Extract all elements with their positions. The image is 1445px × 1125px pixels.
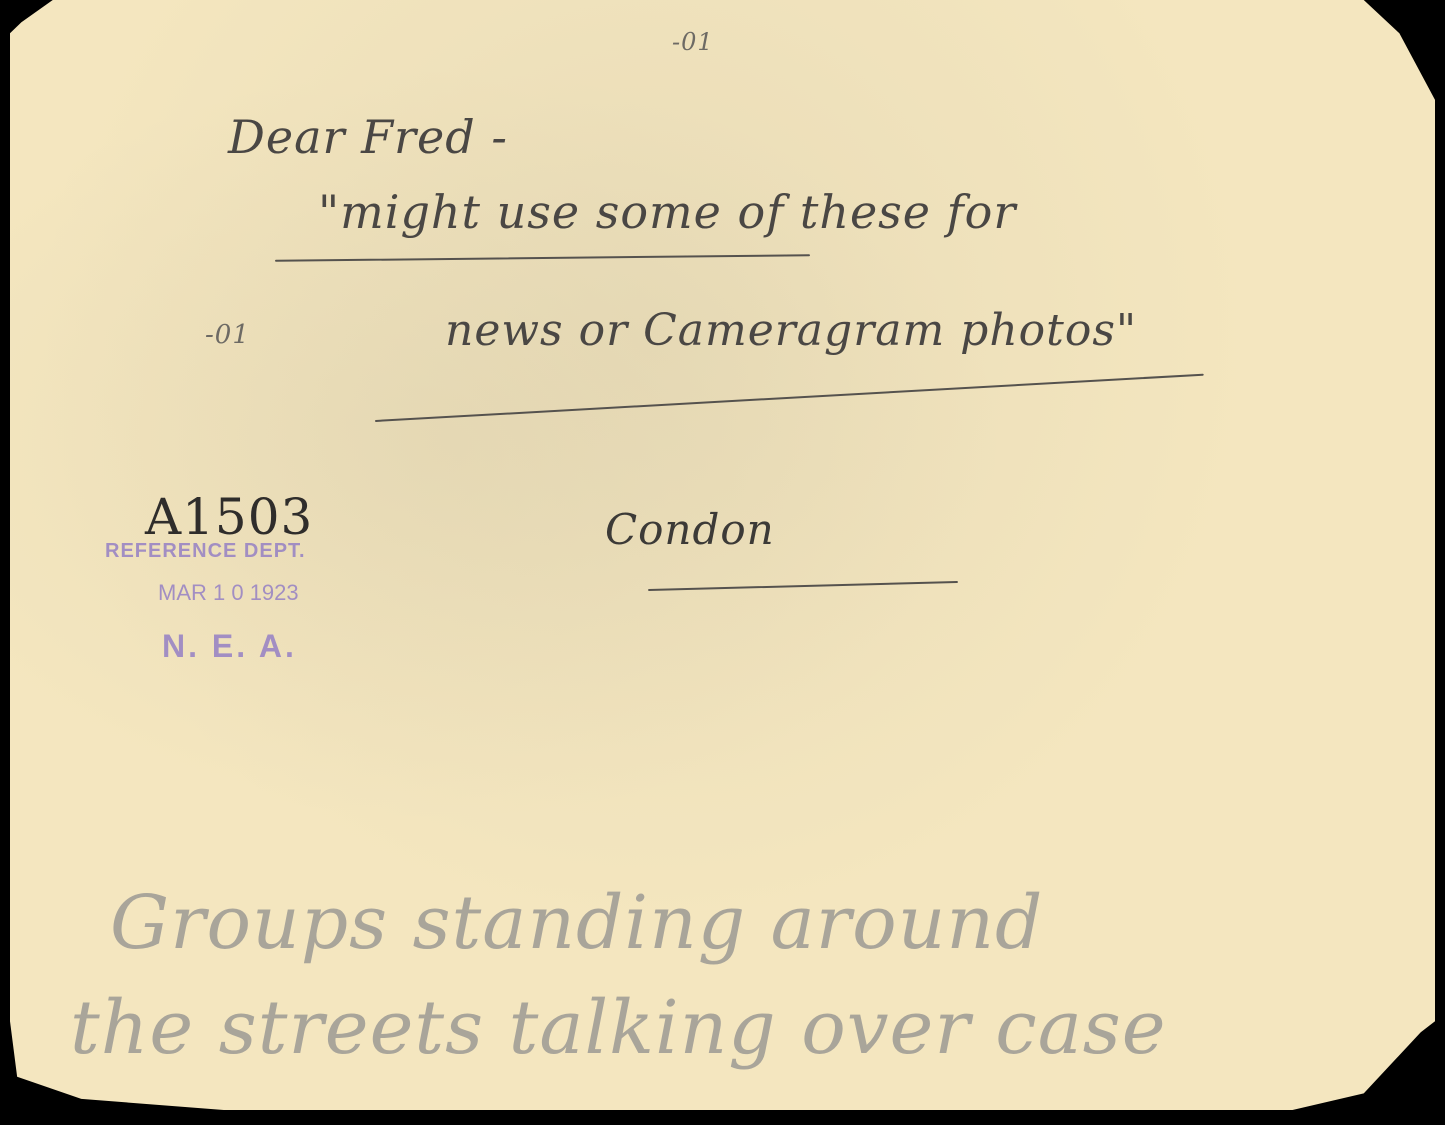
stamp-date: MAR 1 0 1923 [158, 580, 299, 606]
note-line-1: "might use some of these for [318, 185, 1016, 239]
caption-line-2: the streets talking over case [70, 985, 1167, 1071]
note-salutation: Dear Fred - [228, 110, 508, 164]
left-pencil-mark: -01 [205, 320, 250, 350]
catalog-number: A1503 [145, 488, 313, 546]
caption-line-1: Groups standing around [110, 880, 1043, 966]
top-pencil-mark: -01 [672, 28, 714, 56]
stamp-department: REFERENCE DEPT. [105, 540, 306, 563]
signature: Condon [605, 505, 775, 554]
stamp-org: N. E. A. [162, 628, 297, 665]
note-line-2: news or Cameragram photos" [445, 305, 1137, 356]
